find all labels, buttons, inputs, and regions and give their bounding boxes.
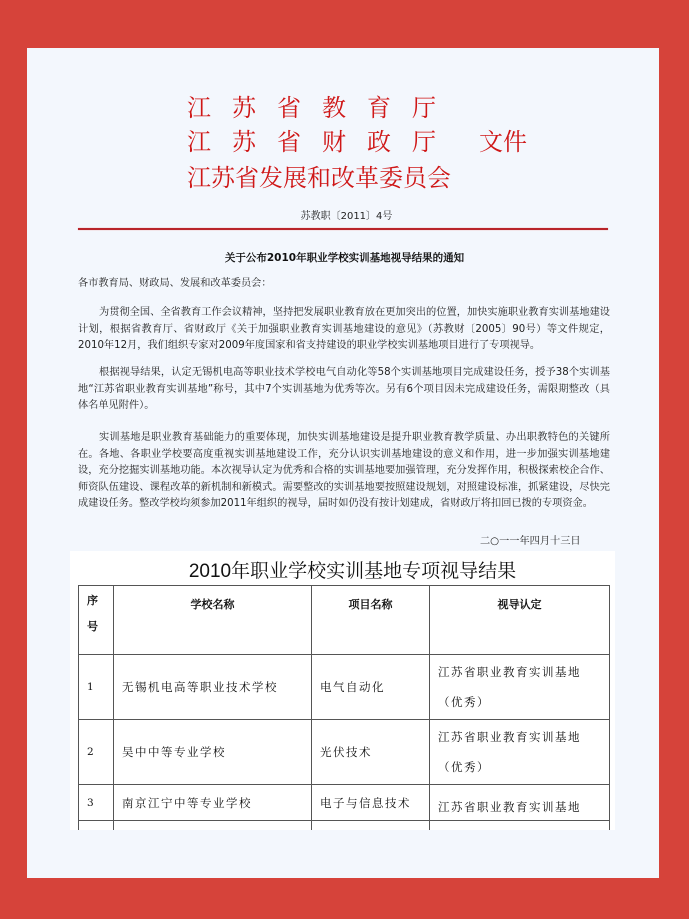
table-row: 3 南京江宁中等专业学校 电子与信息技术 江苏省职业教育实训基地 [79,785,610,821]
table-row: 4 海安双楼中等专业学校 电子技术应用 江苏省职业教育实训基地 [79,821,610,831]
project-name: 电子技术应用 [312,821,430,831]
project-name: 电子与信息技术 [312,785,430,821]
table-row: 1 无锡机电高等职业技术学校 电气自动化 江苏省职业教育实训基地（优秀） [79,655,610,720]
recognition: 江苏省职业教育实训基地（优秀） [430,655,610,720]
salutation: 各市教育局、财政局、发展和改革委员会： [78,276,610,293]
results-table: 序号 学校名称 项目名称 视导认定 1 无锡机电高等职业技术学校 电气自动化 江… [78,585,610,830]
results-table-image: 2010年职业学校实训基地专项视导结果 序号 学校名称 项目名称 视导认定 1 … [70,551,615,830]
column-header-number: 序号 [79,586,114,655]
recognition-grade: （优秀） [438,760,490,774]
row-number: 2 [79,720,114,785]
school-name: 海安双楼中等专业学校 [114,821,312,831]
recognition: 江苏省职业教育实训基地 [430,785,610,821]
table-row: 2 吴中中等专业学校 光伏技术 江苏省职业教育实训基地（优秀） [79,720,610,785]
recognition-grade: （优秀） [438,695,490,709]
recognition-title: 江苏省职业教育实训基地 [438,665,581,679]
issuer-finance-dept: 江苏省财政厅文件 [187,127,527,157]
row-number: 3 [79,785,114,821]
school-name: 无锡机电高等职业技术学校 [114,655,312,720]
row-number: 4 [79,821,114,831]
issuer-education-dept: 江苏省教育厅 [187,93,457,123]
red-divider [78,228,608,230]
recognition: 江苏省职业教育实训基地（优秀） [430,720,610,785]
recognition: 江苏省职业教育实训基地 [430,821,610,831]
issue-date: 二○一一年四月十三日 [480,532,581,547]
header-label: 序号 [87,588,99,640]
project-name: 光伏技术 [312,720,430,785]
column-header-project: 项目名称 [312,586,430,655]
column-header-school: 学校名称 [114,586,312,655]
table-header-row: 序号 学校名称 项目名称 视导认定 [79,586,610,655]
issuer-line-1: 江苏省教育厅 [187,94,457,122]
document-label: 文件 [479,128,527,156]
column-header-recognition: 视导认定 [430,586,610,655]
notice-title: 关于公布2010年职业学校实训基地视导结果的通知 [0,250,689,265]
document-number: 苏教职〔2011〕4号 [0,207,689,222]
table-title: 2010年职业学校实训基地专项视导结果 [70,556,615,583]
issuer-development-commission: 江苏省发展和改革委员会 [187,163,451,193]
row-number: 1 [79,655,114,720]
issuer-line-2: 江苏省财政厅 [187,128,457,156]
school-name: 吴中中等专业学校 [114,720,312,785]
project-name: 电气自动化 [312,655,430,720]
school-name: 南京江宁中等专业学校 [114,785,312,821]
paragraph-1: 为贯彻全国、全省教育工作会议精神，坚持把发展职业教育放在更加突出的位置，加快实施… [78,305,610,355]
paragraph-2: 根据视导结果，认定无锡机电高等职业技术学校电气自动化等58个实训基地项目完成建设… [78,365,610,415]
recognition-title: 江苏省职业教育实训基地 [438,730,581,744]
paragraph-3: 实训基地是职业教育基础能力的重要体现，加快实训基地建设是提升职业教育教学质量、办… [78,430,610,513]
